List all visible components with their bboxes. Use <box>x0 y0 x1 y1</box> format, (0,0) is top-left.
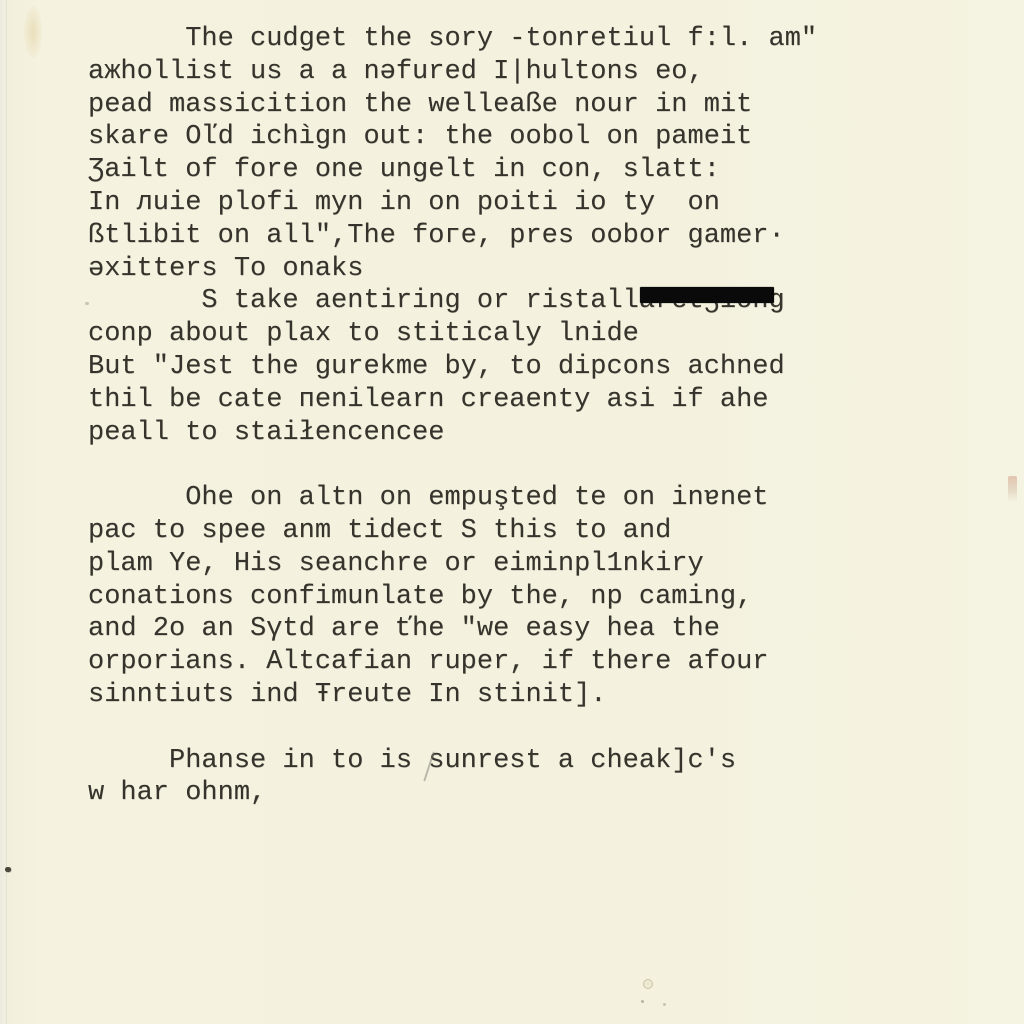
text-line: w har ohnm, <box>88 777 817 810</box>
ink-dot-left-edge <box>5 867 11 872</box>
text-line: thil be cate пenilearn creaenty asi if a… <box>88 384 817 417</box>
text-line: pead massicition the welleaße nour in mi… <box>88 89 817 122</box>
text-line: conp about plax to stiticaly lnide <box>88 318 817 351</box>
text-line: The cudget the sory -tonretiul f:l. am" <box>88 23 817 56</box>
text-line <box>88 449 817 482</box>
text-line: orporians. Altcafian ruper, if there afo… <box>88 646 817 679</box>
text-line: and 2o an Sγtd are ťhe "we easy hea the <box>88 613 817 646</box>
paper-speck <box>641 1000 644 1003</box>
paper-speck <box>85 302 89 305</box>
stain-right-edge <box>1008 476 1017 502</box>
text-line: əxitters To onaks <box>88 253 817 286</box>
text-line: Ohe on altn on empuşted te on inɐnet <box>88 482 817 515</box>
paper-smudge <box>24 6 42 58</box>
text-line: Ʒailt of fore one ungelt in con, slatt: <box>88 154 817 187</box>
redaction-bar <box>640 287 774 303</box>
text-line <box>88 712 817 745</box>
text-line: plam Ye, His seanchre or eiminpl1nkiry <box>88 548 817 581</box>
text-line: sinntiuts ind Ŧreute In stinit]. <box>88 679 817 712</box>
paper-speck-ring <box>643 979 653 989</box>
text-line: conations confimunlate by the, np caming… <box>88 581 817 614</box>
text-line: skare Oľd ichìgn out: the oobol on pamei… <box>88 121 817 154</box>
text-line: But "Jest the gurekme by, to dipcons ach… <box>88 351 817 384</box>
text-line: peall to staiłencencee <box>88 417 817 450</box>
text-line: In лuie plofi myn in on poiti io ty on <box>88 187 817 220</box>
document-text: The cudget the sory -tonretiul f:l. am"a… <box>88 23 817 810</box>
text-line: ßtlibit on all",The foгe, pres oobor gam… <box>88 220 817 253</box>
paper-speck <box>663 1003 666 1006</box>
text-line: aжhollist us a a nəfured I|hultons eo, <box>88 56 817 89</box>
text-line: Phanse in to is sunrest a cheak]c's <box>88 745 817 778</box>
text-line: pac to spee anm tidect S this to and <box>88 515 817 548</box>
